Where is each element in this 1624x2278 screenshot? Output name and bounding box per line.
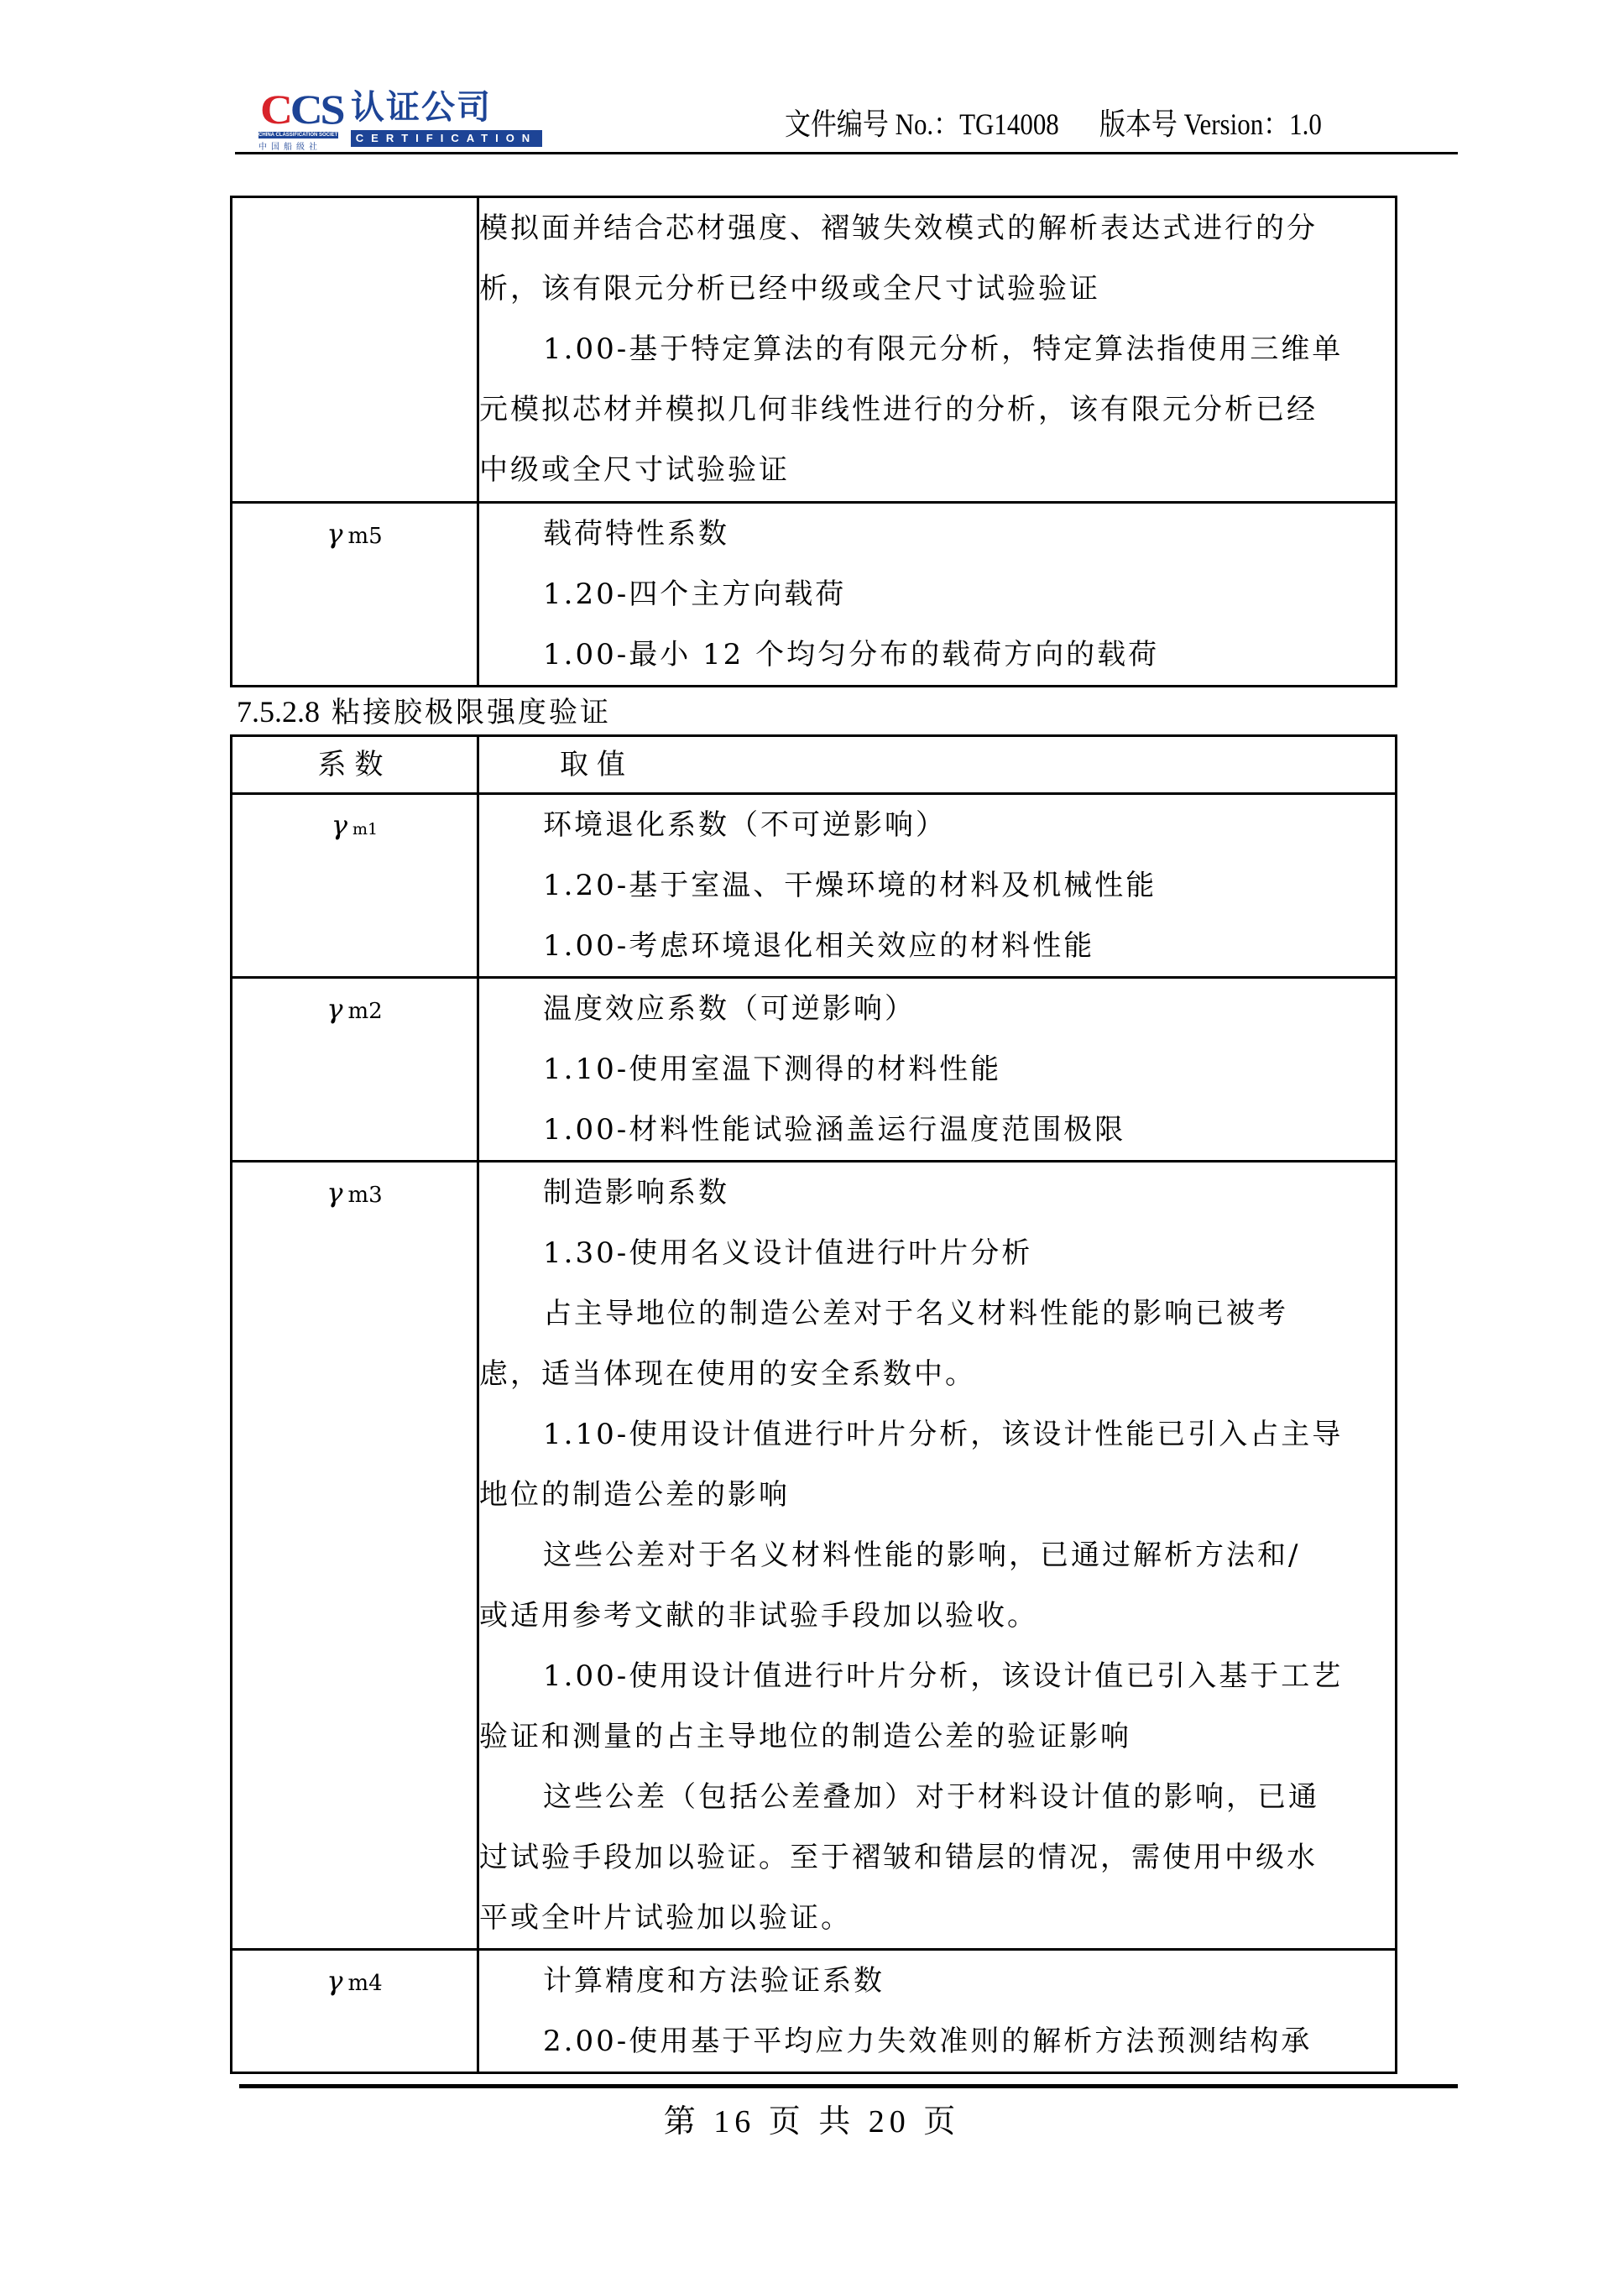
value-line: 1.30-使用名义设计值进行叶片分析	[479, 1223, 1395, 1283]
adhesive-strength-factor-table: 系数 取值 γm1 环境退化系数（不可逆影响） 1.20-基于室温、干燥环境的材…	[230, 734, 1397, 2074]
doc-number: TG14008	[959, 107, 1059, 141]
coefficient-subscript: m3	[347, 1183, 382, 1208]
value-cell: 载荷特性系数 1.20-四个主方向载荷 1.00-最小 12 个均匀分布的载荷方…	[478, 503, 1397, 687]
continued-factor-table: 模拟面并结合芯材强度、褶皱失效模式的解析表达式进行的分 析，该有限元分析已经中级…	[230, 196, 1397, 687]
section-title: 粘接胶极限强度验证	[332, 696, 611, 729]
coefficient-cell: γm5	[232, 503, 478, 687]
value-line: 1.10-使用设计值进行叶片分析，该设计性能已引入占主导	[479, 1404, 1395, 1465]
section-heading: 7.5.2.8粘接胶极限强度验证	[237, 695, 611, 729]
value-line: 1.00-使用设计值进行叶片分析，该设计值已引入基于工艺	[479, 1646, 1395, 1706]
value-line: 计算精度和方法验证系数	[479, 1951, 1395, 2011]
value-line: 载荷特性系数	[479, 504, 1395, 564]
footer-divider	[239, 2084, 1458, 2088]
doc-number-label: 文件编号 No.：	[785, 107, 959, 141]
gamma-symbol: γ	[326, 518, 342, 550]
value-line: 1.00-基于特定算法的有限元分析，特定算法指使用三维单	[479, 319, 1395, 379]
value-line: 1.10-使用室温下测得的材料性能	[479, 1039, 1395, 1100]
header-coefficient: 系数	[232, 736, 478, 794]
page-number: 第 16 页 共 20 页	[0, 2103, 1624, 2140]
value-cell: 模拟面并结合芯材强度、褶皱失效模式的解析表达式进行的分 析，该有限元分析已经中级…	[478, 197, 1397, 503]
logo-certification-cn: 认证公司	[351, 88, 492, 127]
coefficient-subscript: m5	[347, 524, 382, 549]
value-line: 元模拟芯材并模拟几何非线性进行的分析，该有限元分析已经	[479, 379, 1395, 440]
table-row: γm1 环境退化系数（不可逆影响） 1.20-基于室温、干燥环境的材料及机械性能…	[232, 794, 1397, 978]
value-line: 平或全叶片试验加以验证。	[479, 1888, 1395, 1948]
value-line: 1.00-最小 12 个均匀分布的载荷方向的载荷	[479, 624, 1395, 685]
value-line: 过试验手段加以验证。至于褶皱和错层的情况，需使用中级水	[479, 1827, 1395, 1888]
value-line: 这些公差（包括公差叠加）对于材料设计值的影响，已通	[479, 1767, 1395, 1827]
coefficient-subscript: m1	[352, 820, 378, 839]
version-number: 1.0	[1289, 107, 1322, 141]
logo-certification-en: CERTIFICATION	[351, 130, 542, 147]
value-line: 温度效应系数（可逆影响）	[479, 979, 1395, 1039]
value-cell: 制造影响系数 1.30-使用名义设计值进行叶片分析 占主导地位的制造公差对于名义…	[478, 1162, 1397, 1950]
value-cell: 环境退化系数（不可逆影响） 1.20-基于室温、干燥环境的材料及机械性能 1.0…	[478, 794, 1397, 978]
logo-society-cn: 中国船级社	[258, 139, 321, 152]
coefficient-subscript: m4	[347, 1971, 382, 1996]
value-line: 验证和测量的占主导地位的制造公差的验证影响	[479, 1706, 1395, 1767]
table-row: γm3 制造影响系数 1.30-使用名义设计值进行叶片分析 占主导地位的制造公差…	[232, 1162, 1397, 1950]
coefficient-cell: γm1	[232, 794, 478, 978]
value-line: 虑，适当体现在使用的安全系数中。	[479, 1344, 1395, 1404]
table-row: γm5 载荷特性系数 1.20-四个主方向载荷 1.00-最小 12 个均匀分布…	[232, 503, 1397, 687]
value-line: 1.20-四个主方向载荷	[479, 564, 1395, 624]
header-value: 取值	[478, 736, 1397, 794]
value-line: 占主导地位的制造公差对于名义材料性能的影响已被考	[479, 1283, 1395, 1344]
value-cell: 计算精度和方法验证系数 2.00-使用基于平均应力失效准则的解析方法预测结构承	[478, 1950, 1397, 2073]
table-row: 模拟面并结合芯材强度、褶皱失效模式的解析表达式进行的分 析，该有限元分析已经中级…	[232, 197, 1397, 503]
coefficient-subscript: m2	[347, 999, 382, 1024]
value-line: 1.00-考虑环境退化相关效应的材料性能	[479, 916, 1395, 976]
logo-society-en: CHINA CLASSIFICATION SOCIETY	[258, 132, 338, 138]
value-line: 地位的制造公差的影响	[479, 1465, 1395, 1525]
value-cell: 温度效应系数（可逆影响） 1.10-使用室温下测得的材料性能 1.00-材料性能…	[478, 978, 1397, 1162]
gamma-symbol: γ	[326, 1177, 342, 1209]
coefficient-cell: γm2	[232, 978, 478, 1162]
value-line: 环境退化系数（不可逆影响）	[479, 795, 1395, 855]
value-line: 模拟面并结合芯材强度、褶皱失效模式的解析表达式进行的分	[479, 198, 1395, 259]
coefficient-cell: γm3	[232, 1162, 478, 1950]
value-line: 析，该有限元分析已经中级或全尺寸试验验证	[479, 259, 1395, 319]
section-number: 7.5.2.8	[237, 695, 320, 729]
header-divider	[235, 152, 1458, 154]
gamma-symbol: γ	[326, 993, 342, 1025]
gamma-symbol: γ	[332, 809, 347, 841]
value-line: 1.20-基于室温、干燥环境的材料及机械性能	[479, 855, 1395, 916]
table-header-row: 系数 取值	[232, 736, 1397, 794]
value-line: 中级或全尺寸试验验证	[479, 440, 1395, 500]
ccs-logo-letters: CCS	[260, 88, 342, 130]
gamma-symbol: γ	[326, 1965, 342, 1997]
value-line: 这些公差对于名义材料性能的影响，已通过解析方法和/	[479, 1525, 1395, 1586]
coefficient-cell	[232, 197, 478, 503]
document-meta: 文件编号 No.：TG14008版本号 Version：1.0	[785, 107, 1322, 141]
table-row: γm2 温度效应系数（可逆影响） 1.10-使用室温下测得的材料性能 1.00-…	[232, 978, 1397, 1162]
table-row: γm4 计算精度和方法验证系数 2.00-使用基于平均应力失效准则的解析方法预测…	[232, 1950, 1397, 2073]
value-line: 1.00-材料性能试验涵盖运行温度范围极限	[479, 1100, 1395, 1160]
version-label: 版本号 Version：	[1099, 107, 1289, 141]
value-line: 或适用参考文献的非试验手段加以验收。	[479, 1586, 1395, 1646]
value-line: 制造影响系数	[479, 1163, 1395, 1223]
coefficient-cell: γm4	[232, 1950, 478, 2073]
value-line: 2.00-使用基于平均应力失效准则的解析方法预测结构承	[479, 2011, 1395, 2072]
ccs-certification-logo: CCS CHINA CLASSIFICATION SOCIETY 中国船级社 认…	[252, 86, 550, 150]
